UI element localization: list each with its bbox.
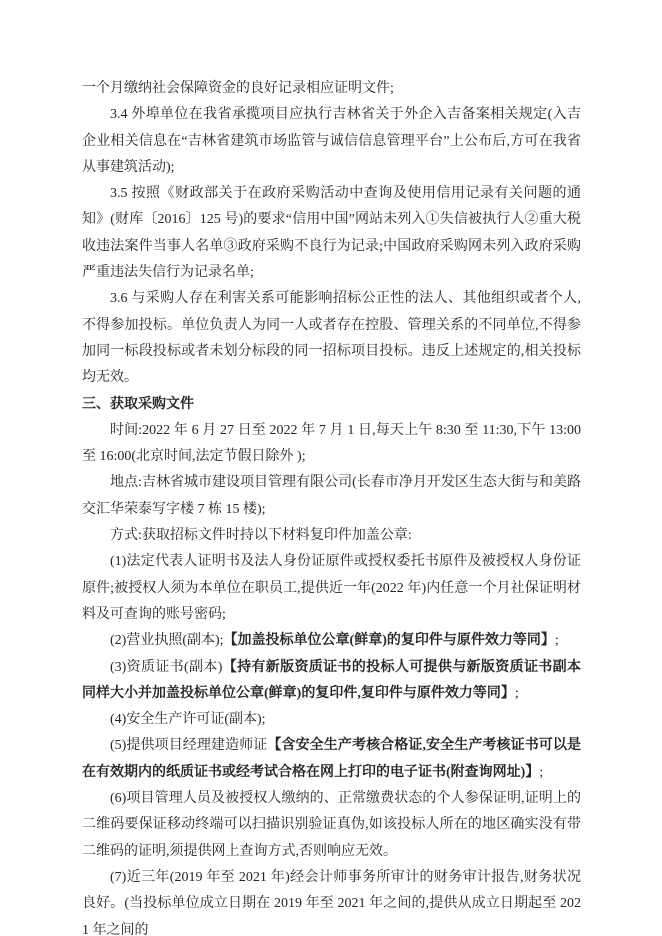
emphasis-text-run: 三、获取采购文件: [82, 397, 194, 412]
text-run: (7)近三年(2019 年至 2021 年)经会计师事务所审计的财务审计报告,财…: [82, 870, 581, 936]
paragraph: 时间:2022 年 6 月 27 日至 2022 年 7 月 1 日,每天上午 …: [82, 418, 581, 471]
text-run: (1)法定代表人证明书及法人身份证原件或授权委托书原件及被授权人身份证原件;被授…: [82, 554, 581, 622]
text-run: 时间:2022 年 6 月 27 日至 2022 年 7 月 1 日,每天上午 …: [82, 423, 581, 464]
paragraph: 3.5 按照《财政部关于在政府采购活动中查询及使用信用记录有关问题的通知》(财库…: [82, 181, 581, 286]
text-run: 3.5 按照《财政部关于在政府采购活动中查询及使用信用记录有关问题的通知》(财库…: [82, 186, 581, 280]
text-run: 方式:获取招标文件时持以下材料复印件加盖公章:: [110, 528, 412, 543]
text-run: (2)营业执照(副本);: [110, 633, 224, 648]
text-run: 3.6 与采购人存在利害关系可能影响招标公正性的法人、其他组织或者个人,不得参加…: [82, 291, 581, 385]
text-run: (3)资质证书(副本): [110, 660, 222, 675]
text-run: 3.4 外埠单位在我省承揽项目应执行吉林省关于外企入吉备案相关规定(入吉企业相关…: [82, 107, 581, 175]
text-run: 地点:吉林省城市建设项目管理有限公司(长春市净月开发区生态大街与和美路交汇华荣泰…: [82, 475, 581, 516]
text-run: (5)提供项目经理建造师证: [110, 738, 267, 753]
paragraph: 3.4 外埠单位在我省承揽项目应执行吉林省关于外企入吉备案相关规定(入吉企业相关…: [82, 102, 581, 181]
paragraph: 3.6 与采购人存在利害关系可能影响招标公正性的法人、其他组织或者个人,不得参加…: [82, 286, 581, 391]
section-heading: 三、获取采购文件: [82, 392, 581, 418]
paragraph: 方式:获取招标文件时持以下材料复印件加盖公章:: [82, 523, 581, 549]
document-body: 一个月缴纳社会保障资金的良好记录相应证明文件;3.4 外埠单位在我省承揽项目应执…: [82, 76, 581, 936]
paragraph: (7)近三年(2019 年至 2021 年)经会计师事务所审计的财务审计报告,财…: [82, 865, 581, 936]
text-run: ;: [539, 765, 543, 780]
text-run: ;: [515, 686, 519, 701]
paragraph: (5)提供项目经理建造师证【含安全生产考核合格证,安全生产考核证书可以是在有效期…: [82, 733, 581, 786]
document-page: 一个月缴纳社会保障资金的良好记录相应证明文件;3.4 外埠单位在我省承揽项目应执…: [0, 0, 662, 936]
text-run: 一个月缴纳社会保障资金的良好记录相应证明文件;: [82, 81, 394, 96]
text-run: (4)安全生产许可证(副本);: [110, 712, 266, 727]
emphasis-text-run: 【加盖投标单位公章(鲜章)的复印件与原件效力等同】: [224, 633, 555, 648]
paragraph: 地点:吉林省城市建设项目管理有限公司(长春市净月开发区生态大街与和美路交汇华荣泰…: [82, 470, 581, 523]
paragraph: (4)安全生产许可证(副本);: [82, 707, 581, 733]
paragraph: (6)项目管理人员及被授权人缴纳的、正常缴费状态的个人参保证明,证明上的二维码要…: [82, 786, 581, 865]
paragraph: (1)法定代表人证明书及法人身份证原件或授权委托书原件及被授权人身份证原件;被授…: [82, 549, 581, 628]
paragraph: (3)资质证书(副本)【持有新版资质证书的投标人可提供与新版资质证书副本同样大小…: [82, 655, 581, 708]
paragraph: 一个月缴纳社会保障资金的良好记录相应证明文件;: [82, 76, 581, 102]
paragraph: (2)营业执照(副本);【加盖投标单位公章(鲜章)的复印件与原件效力等同】;: [82, 628, 581, 654]
text-run: ;: [555, 633, 559, 648]
text-run: (6)项目管理人员及被授权人缴纳的、正常缴费状态的个人参保证明,证明上的二维码要…: [82, 791, 581, 859]
